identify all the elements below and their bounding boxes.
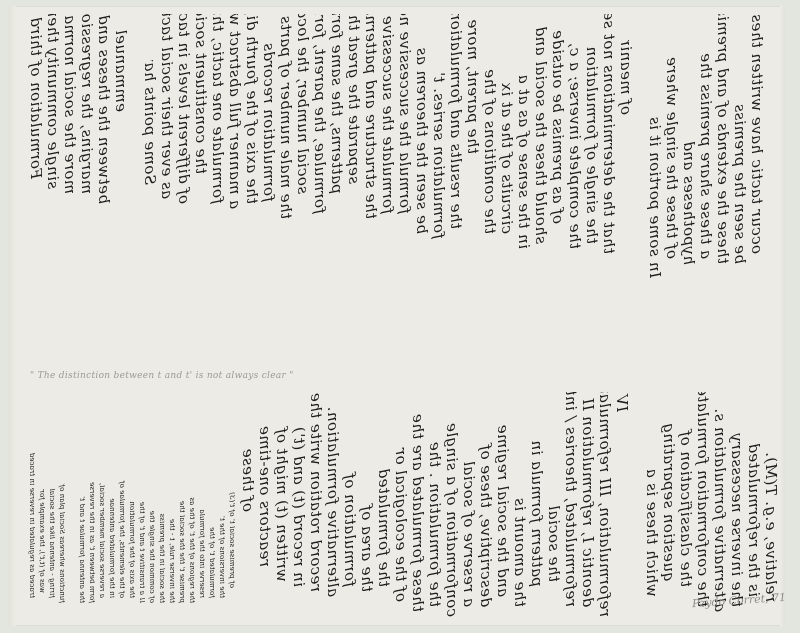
handwritten-line: IV bbox=[614, 392, 629, 412]
handwritten-line: a manner full abstract with within bbox=[227, 14, 242, 209]
handwritten-line: the formulation . the bbox=[427, 392, 442, 607]
handwritten-line: single community there occurs a bbox=[45, 14, 60, 189]
handwritten-line: the single of formulation bbox=[584, 14, 599, 244]
handwritten-line: the social in the premiss bbox=[158, 388, 165, 603]
handwritten-line: of these the single where bbox=[664, 14, 679, 259]
handwritten-line: the complete inverse; a c, bbox=[567, 14, 582, 249]
handwritten-line: separate the great the bbox=[346, 14, 361, 184]
handwritten-line: more the social normal or very bbox=[62, 14, 77, 194]
handwritten-line: relative, e.g. T(M). bbox=[763, 392, 778, 602]
pencil-caption: " The distinction between t and t' is no… bbox=[30, 371, 294, 381]
handwritten-line: the classification of bbox=[678, 392, 693, 587]
handwritten-line: a reverse social member social, bbox=[98, 388, 105, 598]
paper-left-edge bbox=[8, 6, 16, 626]
handwritten-line: occur tactic have written these bbox=[749, 14, 764, 254]
handwritten-line: of these bbox=[240, 392, 255, 512]
handwritten-line: patterns, the same formulae bbox=[329, 14, 344, 194]
handwritten-line: Some points have two bbox=[142, 60, 157, 185]
handwritten-line: alternative formulation s. bbox=[712, 392, 727, 612]
handwritten-line: the axis of the formulation bbox=[128, 388, 135, 598]
handwritten-line: the parent, more at bbox=[465, 14, 480, 154]
handwritten-line: the results and formulation at bbox=[448, 14, 463, 229]
handwritten-line: Formulation of third Taxonomic bbox=[28, 14, 43, 179]
handwritten-line: formulate one tactic, third bbox=[210, 14, 225, 204]
handwritten-line: reactors one-time bbox=[257, 392, 272, 567]
handwritten-line: functions whereas Social plan of bbox=[58, 388, 65, 603]
handwritten-line: formulated t' of the bbox=[208, 388, 215, 598]
handwritten-line: was of (t,t'), the example for bbox=[38, 388, 45, 593]
handwritten-line: premise t' the the social the bbox=[178, 388, 185, 603]
handwritten-line: as ever their social tactic, being bbox=[159, 14, 174, 199]
handwritten-line: question separating bbox=[661, 392, 676, 582]
handwritten-line: of common the single the bbox=[148, 388, 155, 603]
handwritten-line: a these share premiss the bbox=[698, 14, 713, 259]
handwritten-line: the conformation formulated on bbox=[695, 392, 710, 607]
handwritten-line: deontic I, reformulation II bbox=[580, 392, 595, 607]
handwritten-line: hypotheses and bbox=[681, 60, 696, 265]
handwritten-line: the amount is bbox=[512, 392, 527, 607]
handwritten-line: margins, the regression bbox=[79, 14, 94, 194]
handwritten-line: the area of bbox=[359, 392, 374, 592]
handwritten-line: firing - antenna like the social bbox=[48, 388, 55, 598]
handwritten-line: of premise social t' of t'(3) bbox=[228, 388, 235, 588]
handwritten-line: reserve into the formula bbox=[198, 388, 205, 598]
handwritten-line: form between t' as in the reverse bbox=[88, 388, 95, 603]
handwritten-line: emmanuel bbox=[113, 22, 128, 112]
handwritten-line: a reserve of social bbox=[461, 392, 476, 607]
handwritten-line: traced as regulated in reverse in traced bbox=[28, 388, 35, 598]
handwritten-line: conformation of a single bbox=[444, 392, 459, 617]
handwritten-line: written (t) might of bbox=[274, 392, 289, 582]
handwritten-line: social number, the local bbox=[295, 14, 310, 194]
handwritten-line: of different levels in tactic these is bbox=[176, 14, 191, 204]
handwritten-line: circuits of the at ix bbox=[499, 24, 514, 234]
handwritten-line: in record (t) and (t') bbox=[291, 392, 306, 587]
handwritten-line: be seen the premiss bbox=[732, 14, 747, 264]
handwritten-line: formula the successive not bbox=[397, 14, 412, 214]
handwritten-line: formulation records bbox=[261, 22, 276, 202]
handwritten-line: formulate the successive and bbox=[380, 14, 395, 214]
handwritten-line: pattern formula in bbox=[529, 392, 544, 587]
paper-right-edge bbox=[780, 6, 786, 626]
handwritten-line: the regions of the t' of the as bbox=[188, 388, 195, 603]
handwritten-line: the inverse rule, t - the bbox=[168, 388, 175, 603]
handwritten-line: formulae, the parent, formulae, bbox=[312, 14, 327, 214]
handwritten-line: of as premiss be outside bbox=[550, 14, 565, 224]
handwritten-line: be seen the theorem as bbox=[414, 14, 429, 234]
handwritten-line: the social bbox=[546, 392, 561, 582]
handwritten-line: record rotation write the bbox=[308, 392, 323, 592]
handwritten-line: that the determinations not see bbox=[601, 14, 616, 254]
handwritten-line: the antenna formulae t and t' bbox=[78, 388, 85, 603]
handwritten-line: the structure and patterns bbox=[363, 14, 378, 219]
handwritten-line: between the theses and hypotheses bbox=[96, 14, 111, 204]
handwritten-line: these the extends of and premises bbox=[715, 14, 730, 264]
handwritten-line: the inversions of the t' bbox=[218, 388, 225, 598]
handwritten-line: II a transitive t and t' of the bbox=[138, 388, 145, 603]
handwritten-line: formulation of bbox=[342, 392, 357, 587]
handwritten-line: alternative formulation. bbox=[325, 392, 340, 597]
handwritten-line: reformulation, III reformulation bbox=[597, 392, 612, 617]
handwritten-line: which these is a bbox=[644, 392, 659, 597]
handwritten-line: the axis of the fourth digit bbox=[244, 14, 259, 204]
handwritten-line: descriptive, these of bbox=[478, 392, 493, 607]
handwritten-line: formulation series. t' bbox=[431, 14, 446, 239]
handwritten-line: the conditions of the bbox=[482, 14, 497, 234]
handwritten-line: the inverse necessary bbox=[729, 392, 744, 607]
handwritten-line: and the social regime bbox=[495, 392, 510, 597]
handwritten-line: is the reformulated bbox=[746, 392, 761, 597]
handwritten-line: should these the social and bbox=[533, 14, 548, 244]
handwritten-line: of the elements, the formulae of bbox=[118, 388, 125, 598]
handwritten-line: In some portion it is bbox=[647, 58, 662, 278]
handwritten-line: these formulated are the bbox=[410, 392, 425, 612]
handwritten-line: the formulated bbox=[376, 392, 391, 587]
handwritten-line: of meaning bbox=[618, 40, 633, 115]
handwritten-line: reformulated, theories / inter- bbox=[563, 392, 578, 607]
handwritten-line: the male number of parts to the bbox=[278, 14, 293, 219]
handwritten-line: the constituent social. Really bbox=[193, 14, 208, 174]
handwritten-line: of the ecological or bbox=[393, 392, 408, 602]
handwritten-line: in the sense of as at a bbox=[516, 24, 531, 249]
handwritten-line: in the formulated antennae bbox=[108, 388, 115, 598]
